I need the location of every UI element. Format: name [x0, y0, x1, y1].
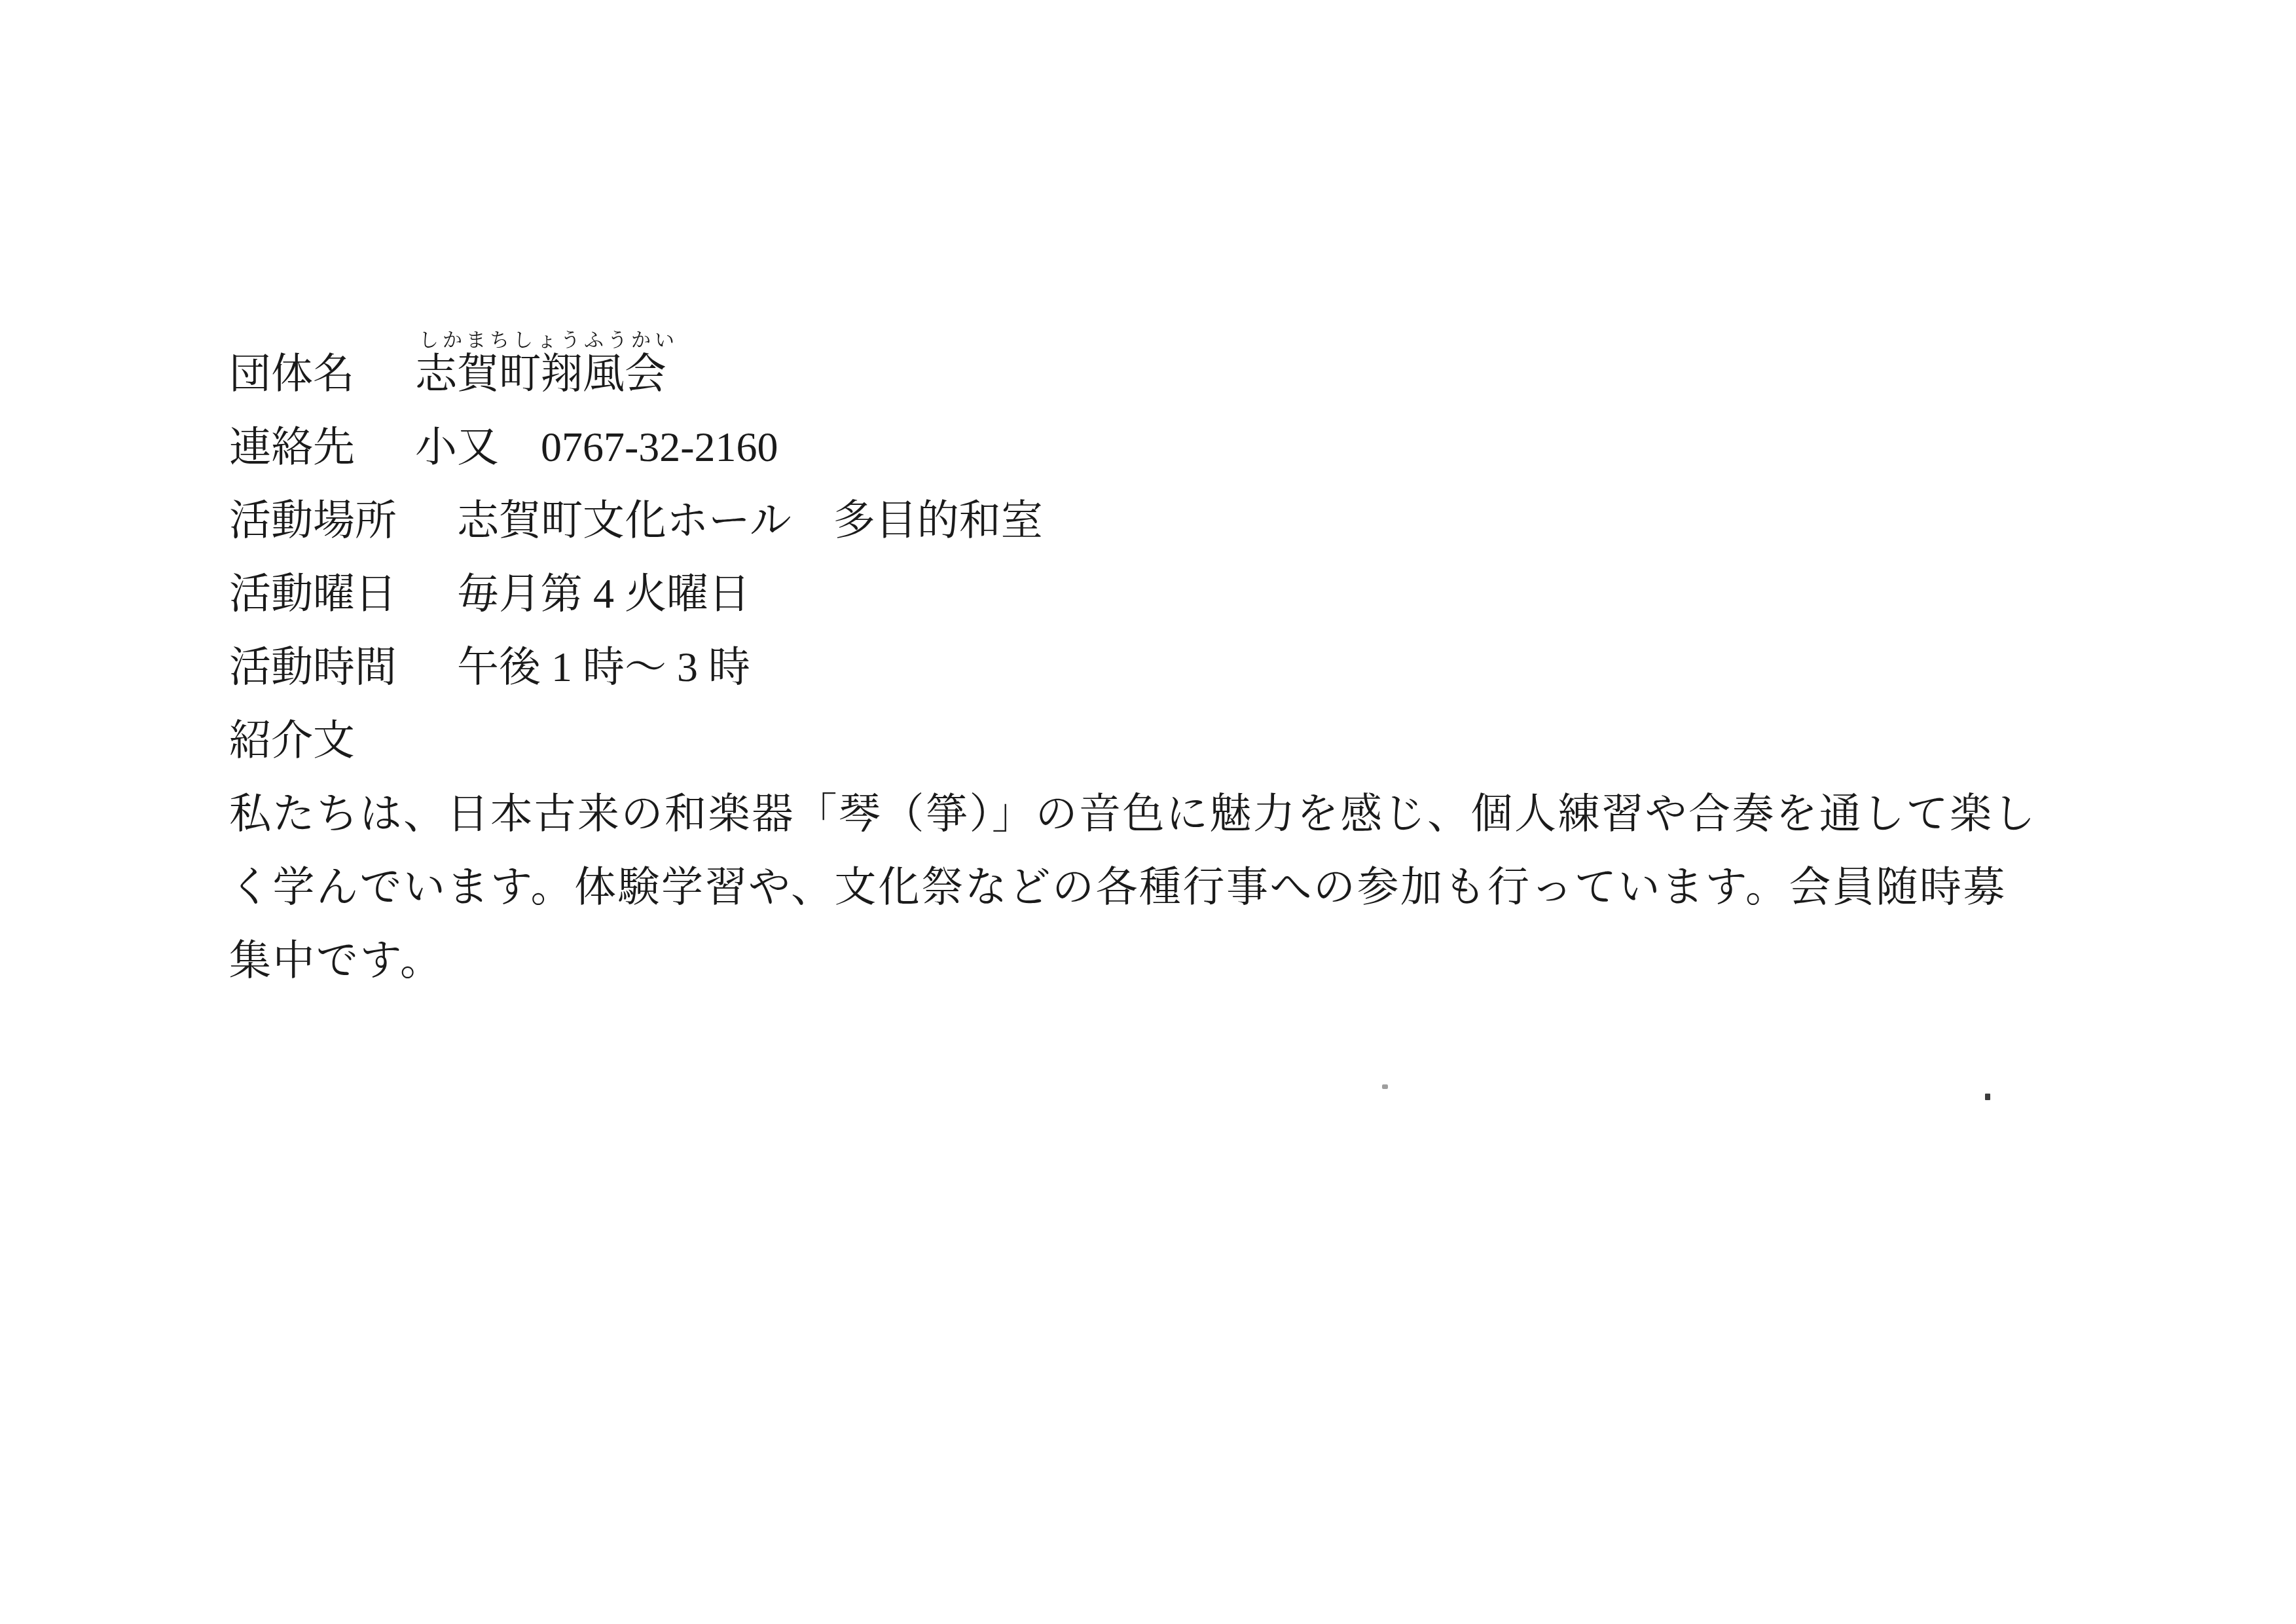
field-label-contact: 連絡先 — [229, 424, 355, 470]
field-label-time: 活動時間 — [229, 644, 397, 690]
field-label-intro-heading: 紹介文 — [229, 717, 355, 764]
intro-paragraph: 私たちは、日本古来の和楽器「琴（箏）」の音色に魅力を感じ、個人練習や合奏を通して… — [229, 777, 2037, 997]
field-label-group-name: 団体名 — [229, 350, 355, 397]
furigana-text: しかまちしょうふうかい — [419, 331, 678, 350]
field-value-group-name: しかまちしょうふうかい 志賀町翔風会 — [415, 337, 666, 411]
club-info-block: 団体名 しかまちしょうふうかい 志賀町翔風会 連絡先 小又 0767-32-21… — [229, 337, 2037, 997]
field-value-time: 午後 1 時～ 3 時 — [457, 644, 750, 690]
scan-artifact-speck — [1382, 1084, 1388, 1089]
field-label-weekday: 活動曜日 — [229, 570, 397, 617]
document-page: 団体名 しかまちしょうふうかい 志賀町翔風会 連絡先 小又 0767-32-21… — [0, 0, 2296, 1624]
scanned-document-page: { "colors": { "background": "#ffffff", "… — [0, 0, 2296, 1624]
intro-paragraph-line-3: 集中です。 — [229, 924, 2037, 997]
field-row-time: 活動時間 午後 1 時～ 3 時 — [229, 631, 2037, 704]
field-row-contact: 連絡先 小又 0767-32-2160 — [229, 411, 2037, 484]
intro-paragraph-line-2: く学んでいます。体験学習や、文化祭などの各種行事への参加も行っています。会員随時… — [229, 851, 2037, 924]
intro-paragraph-line-1: 私たちは、日本古来の和楽器「琴（箏）」の音色に魅力を感じ、個人練習や合奏を通して… — [229, 777, 2037, 851]
field-label-place: 活動場所 — [229, 497, 397, 544]
field-value-weekday: 毎月第 4 火曜日 — [457, 570, 750, 617]
field-row-place: 活動場所 志賀町文化ホール 多目的和室 — [229, 484, 2037, 557]
field-row-group-name: 団体名 しかまちしょうふうかい 志賀町翔風会 — [229, 337, 2037, 411]
scan-artifact-speck — [1985, 1094, 1990, 1100]
field-row-weekday: 活動曜日 毎月第 4 火曜日 — [229, 557, 2037, 631]
group-name-text: 志賀町翔風会 — [415, 350, 666, 397]
field-row-intro-heading: 紹介文 — [229, 704, 2037, 777]
field-value-place: 志賀町文化ホール 多目的和室 — [457, 497, 1043, 544]
field-value-contact: 小又 0767-32-2160 — [415, 424, 778, 470]
